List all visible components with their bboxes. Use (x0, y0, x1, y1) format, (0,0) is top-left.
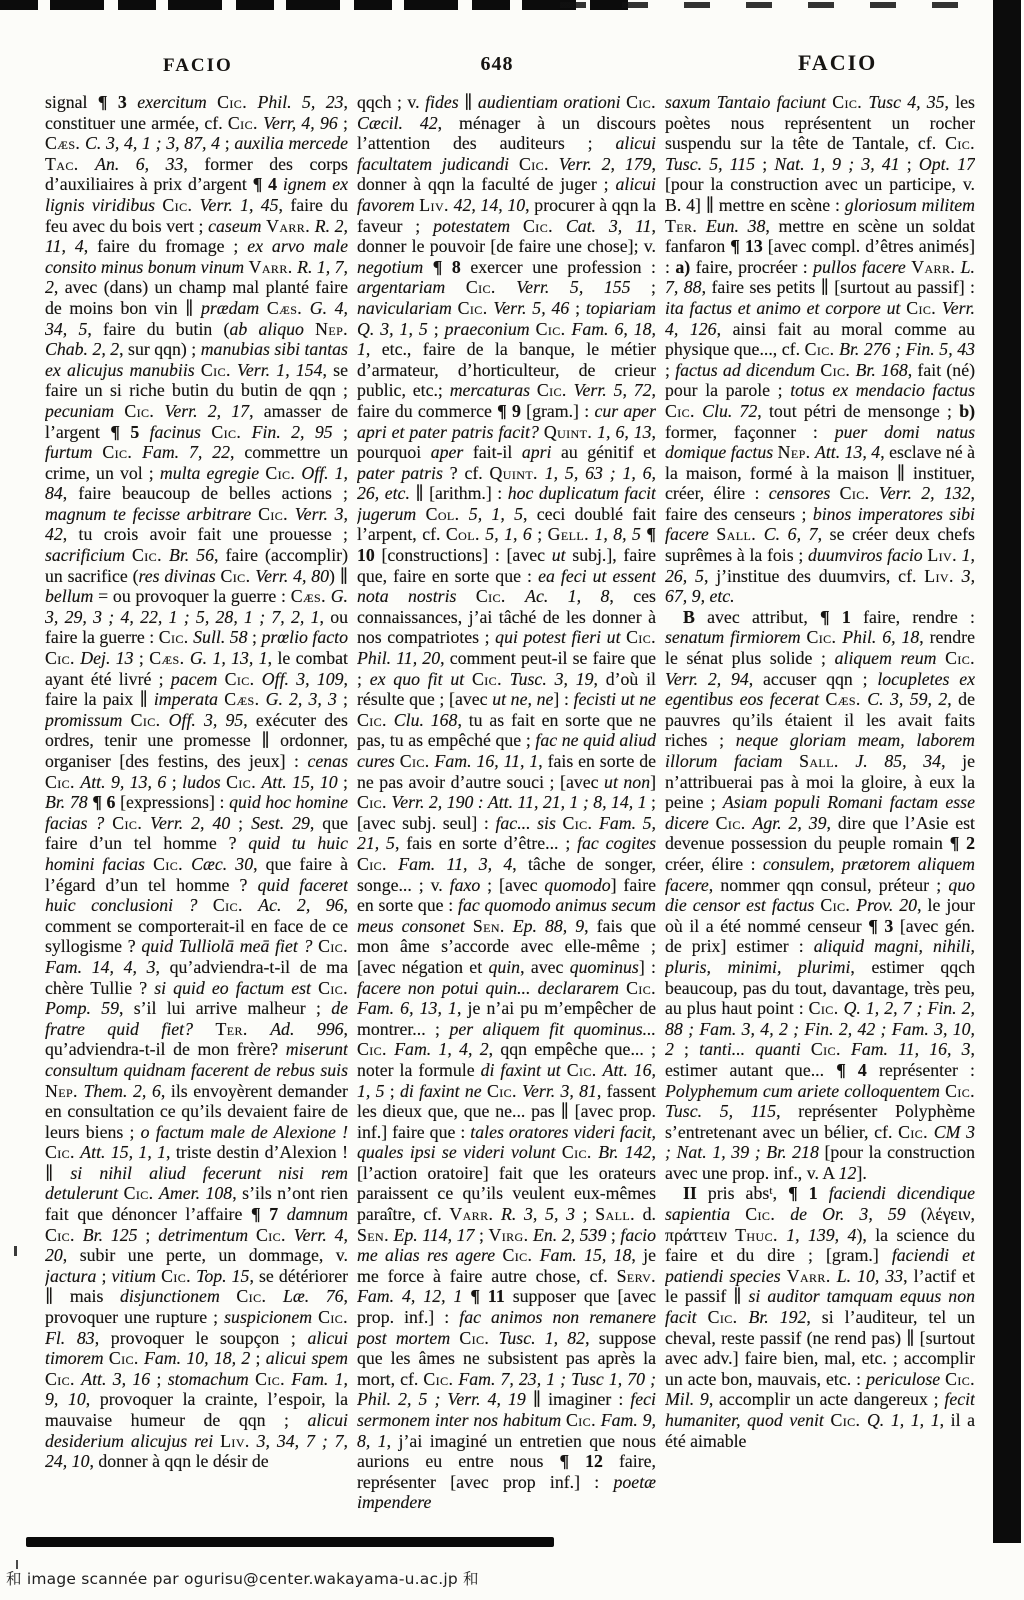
paragraph: saxum Tantaio faciunt Cic. Tusc 4, 35, l… (665, 92, 975, 607)
column-left: signal ¶ 3 exercitum Cic. Phil. 5, 23, c… (45, 92, 348, 1542)
scan-artifact-top-edge (0, 0, 632, 10)
paragraph: signal ¶ 3 exercitum Cic. Phil. 5, 23, c… (45, 92, 348, 1472)
scan-artifact-right-edge (993, 0, 1021, 1543)
scan-artifact-top-edge-2 (560, 2, 980, 8)
text-columns: signal ¶ 3 exercitum Cic. Phil. 5, 23, c… (45, 92, 975, 1542)
paragraph: qqch ; v. fides ∥ audientiam orationi Ci… (357, 92, 656, 1513)
scan-credit: 和 image scannée par ogurisu@center.wakay… (6, 1567, 479, 1589)
column-right: saxum Tantaio faciunt Cic. Tusc 4, 35, l… (665, 92, 975, 1542)
dictionary-page-scan: FACIO 648 FACIO signal ¶ 3 exercitum Cic… (0, 0, 1024, 1600)
scan-speck (14, 1246, 17, 1256)
running-head-right: FACIO (798, 50, 877, 76)
paragraph: B avec attribut, ¶ 1 faire, rendre : sen… (665, 607, 975, 1184)
paragraph: II pris absᵗ, ¶ 1 faciendi dicendique sa… (665, 1183, 975, 1451)
column-middle: qqch ; v. fides ∥ audientiam orationi Ci… (357, 92, 656, 1542)
running-head-left: FACIO (163, 55, 233, 77)
page-number: 648 (452, 53, 542, 76)
